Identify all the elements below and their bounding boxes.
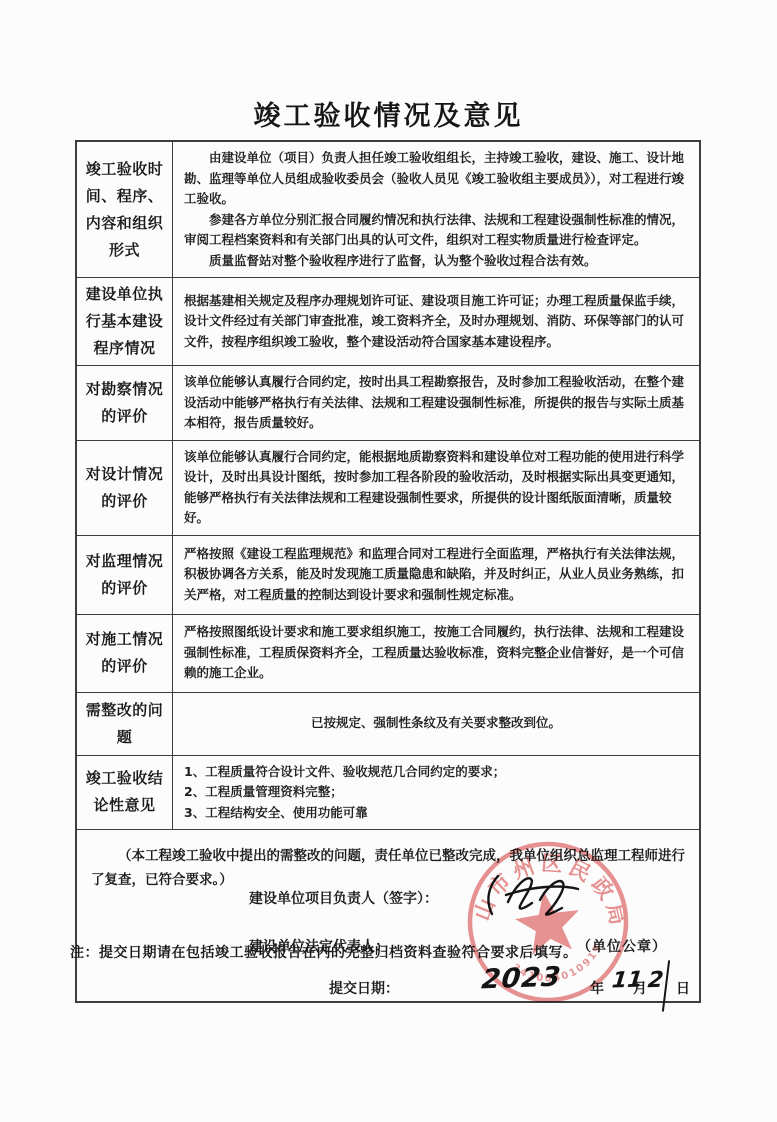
table-row: 建设单位执行基本建设程序情况 根据基建相关规定及程序办理规划许可证、建设项目施工…	[77, 278, 699, 366]
paragraph: 参建各方单位分别汇报合同履约情况和执行法律、法规和工程建设强制性标准的情况，审阅…	[184, 210, 688, 251]
row-content: 由建设单位（项目）负责人担任竣工验收组组长，主持竣工验收，建设、施工、设计地勘、…	[173, 142, 699, 277]
row-content: 该单位能够认真履行合同约定，能根据地质勘察资料和建设单位对工程功能的使用进行科学…	[173, 441, 699, 535]
paragraph: 1、工程质量符合设计文件、验收规范几合同约定的要求；	[184, 762, 688, 783]
row-label-text: 对施工情况的评价	[79, 626, 170, 680]
paragraph: 严格按照图纸设计要求和施工要求组织施工，按施工合同履约，执行法律、法规和工程建设…	[184, 622, 688, 684]
row-label: 建设单位执行基本建设程序情况	[77, 278, 173, 365]
row-label-text: 对设计情况的评价	[79, 461, 170, 515]
scanned-form-page: 竣工验收情况及意见 竣工验收时间、程序、内容和组织形式 由建设单位（项目）负责人…	[0, 0, 777, 1122]
paragraph: 该单位能够认真履行合同约定，能根据地质勘察资料和建设单位对工程功能的使用进行科学…	[184, 447, 688, 529]
row-content: 严格按照图纸设计要求和施工要求组织施工，按施工合同履约，执行法律、法规和工程建设…	[173, 615, 699, 692]
row-label-text: 对监理情况的评价	[79, 548, 170, 602]
table-row: 对施工情况的评价 严格按照图纸设计要求和施工要求组织施工，按施工合同履约，执行法…	[77, 615, 699, 693]
row-label: 对监理情况的评价	[77, 536, 173, 614]
paragraph: 根据基建相关规定及程序办理规划许可证、建设项目施工许可证；办理工程质量保监手续，…	[184, 291, 688, 353]
paragraph: 已按规定、强制性条纹及有关要求整改到位。	[311, 713, 561, 734]
row-content: 已按规定、强制性条纹及有关要求整改到位。	[173, 693, 699, 755]
paragraph: 该单位能够认真履行合同约定，按时出具工程勘察报告，及时参加工程验收活动，在整个建…	[184, 372, 688, 434]
row-label: 对勘察情况的评价	[77, 366, 173, 440]
row-label: 对设计情况的评价	[77, 441, 173, 535]
submit-date-label: 提交日期：	[329, 978, 399, 998]
row-label: 对施工情况的评价	[77, 615, 173, 692]
signature-section: （本工程竣工验收中提出的需整改的问题，责任单位已整改完成，我单位组织总监理工程师…	[77, 830, 699, 1001]
paragraph: 3、工程结构安全、使用功能可靠	[184, 803, 688, 824]
row-label: 竣工验收时间、程序、内容和组织形式	[77, 142, 173, 277]
footnote: 注：提交日期请在包括竣工验收报告在内的完整归档资料查验符合要求后填写。	[70, 942, 578, 962]
official-red-seal: 山市州区民政局 341004010919	[458, 832, 638, 1012]
row-label-text: 需整改的问题	[79, 697, 170, 751]
paragraph: 质量监督站对整个验收程序进行了监督，认为整个验收过程合法有效。	[184, 251, 688, 272]
row-label-text: 建设单位执行基本建设程序情况	[79, 281, 170, 362]
project-leader-signature-label: 建设单位项目负责人（签字）：	[249, 888, 438, 908]
row-label: 竣工验收结论性意见	[77, 756, 173, 830]
table-row-signatures: （本工程竣工验收中提出的需整改的问题，责任单位已整改完成，我单位组织总监理工程师…	[77, 830, 699, 1001]
row-label-text: 对勘察情况的评价	[79, 376, 170, 430]
table-row: 需整改的问题 已按规定、强制性条纹及有关要求整改到位。	[77, 693, 699, 756]
acceptance-form-table: 竣工验收时间、程序、内容和组织形式 由建设单位（项目）负责人担任竣工验收组组长，…	[75, 140, 701, 1003]
table-row: 对勘察情况的评价 该单位能够认真履行合同约定，按时出具工程勘察报告，及时参加工程…	[77, 366, 699, 441]
table-row: 对设计情况的评价 该单位能够认真履行合同约定，能根据地质勘察资料和建设单位对工程…	[77, 441, 699, 536]
paragraph: 2、工程质量管理资料完整；	[184, 782, 688, 803]
row-label-text: 竣工验收结论性意见	[79, 765, 170, 819]
day-unit-label: 日	[676, 978, 690, 998]
table-row: 竣工验收结论性意见 1、工程质量符合设计文件、验收规范几合同约定的要求； 2、工…	[77, 756, 699, 831]
row-content: 该单位能够认真履行合同约定，按时出具工程勘察报告，及时参加工程验收活动，在整个建…	[173, 366, 699, 440]
table-row: 对监理情况的评价 严格按照《建设工程监理规范》和监理合同对工程进行全面监理，严格…	[77, 536, 699, 615]
table-row: 竣工验收时间、程序、内容和组织形式 由建设单位（项目）负责人担任竣工验收组组长，…	[77, 142, 699, 278]
row-content: 1、工程质量符合设计文件、验收规范几合同约定的要求； 2、工程质量管理资料完整；…	[173, 756, 699, 830]
handwritten-day: 2	[647, 968, 665, 994]
paragraph: 严格按照《建设工程监理规范》和监理合同对工程进行全面监理，严格执行有关法律法规，…	[184, 544, 688, 606]
page-title: 竣工验收情况及意见	[0, 94, 777, 133]
row-label-text: 竣工验收时间、程序、内容和组织形式	[79, 156, 170, 264]
row-label: 需整改的问题	[77, 693, 173, 755]
row-content: 根据基建相关规定及程序办理规划许可证、建设项目施工许可证；办理工程质量保监手续，…	[173, 278, 699, 365]
paragraph: 由建设单位（项目）负责人担任竣工验收组组长，主持竣工验收，建设、施工、设计地勘、…	[184, 148, 688, 210]
row-content: 严格按照《建设工程监理规范》和监理合同对工程进行全面监理，严格执行有关法律法规，…	[173, 536, 699, 614]
